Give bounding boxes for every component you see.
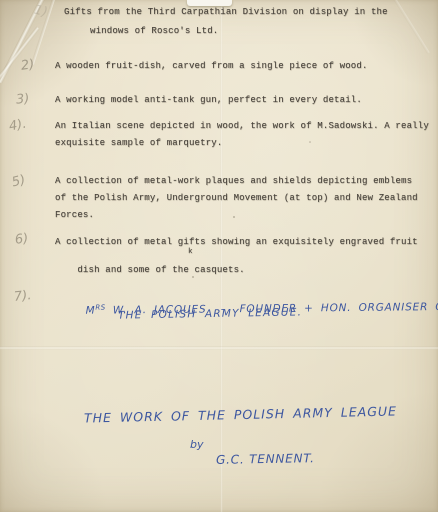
heading-line-1: Gifts from the Third Carpathian Division…	[64, 7, 388, 18]
item-5-line-2: of the Polish Army, Underground Movement…	[55, 193, 418, 204]
handwritten-item-number-5: 5)	[10, 173, 27, 191]
paper-speck	[233, 216, 235, 218]
corner-crease	[393, 0, 429, 54]
typed-correction-mark: k	[188, 247, 193, 258]
handwritten-item-number-1: 1)	[32, 3, 49, 21]
handwritten-by-label: by	[190, 438, 204, 451]
mrs-abbrev-superscript: RS	[95, 304, 105, 312]
item-5-line-3: Forces.	[55, 210, 94, 221]
item-4-line-2: exquisite sample of marquetry.	[55, 138, 222, 149]
corner-crease	[0, 27, 40, 132]
item-6-line-1: A collection of metal gifts showing an e…	[55, 237, 418, 248]
handwritten-item-number-7: 7).	[13, 288, 32, 305]
heading-line-2: windows of Rosco's Ltd.	[90, 26, 218, 37]
handwritten-author: G.C. TENNENT.	[216, 451, 315, 467]
item-4-line-1: An Italian scene depicted in wood, the w…	[55, 121, 429, 132]
handwritten-item-number-3: 3)	[15, 91, 30, 107]
handwritten-footer-title: THE WORK OF THE POLISH ARMY LEAGUE	[84, 403, 397, 425]
handwritten-item-number-6: 6)	[14, 231, 29, 248]
handwritten-item-number-2: 2)	[20, 57, 35, 74]
handwritten-item-number-4: 4).	[8, 117, 28, 135]
horizontal-fold-crease	[0, 346, 438, 350]
item-5-line-1: A collection of metal-work plaques and s…	[55, 176, 412, 187]
item-3-line: A working model anti-tank gun, perfect i…	[55, 95, 362, 106]
item-6-line-2-text: dish and some of the casquets.	[77, 265, 244, 275]
mounting-tab	[187, 0, 232, 6]
scanned-document-page: 1) 2) 3) 4). 5) 6) 7). Gifts from the Th…	[0, 0, 438, 512]
paper-speck	[309, 141, 311, 143]
item-2-line: A wooden fruit-dish, carved from a singl…	[55, 61, 368, 72]
